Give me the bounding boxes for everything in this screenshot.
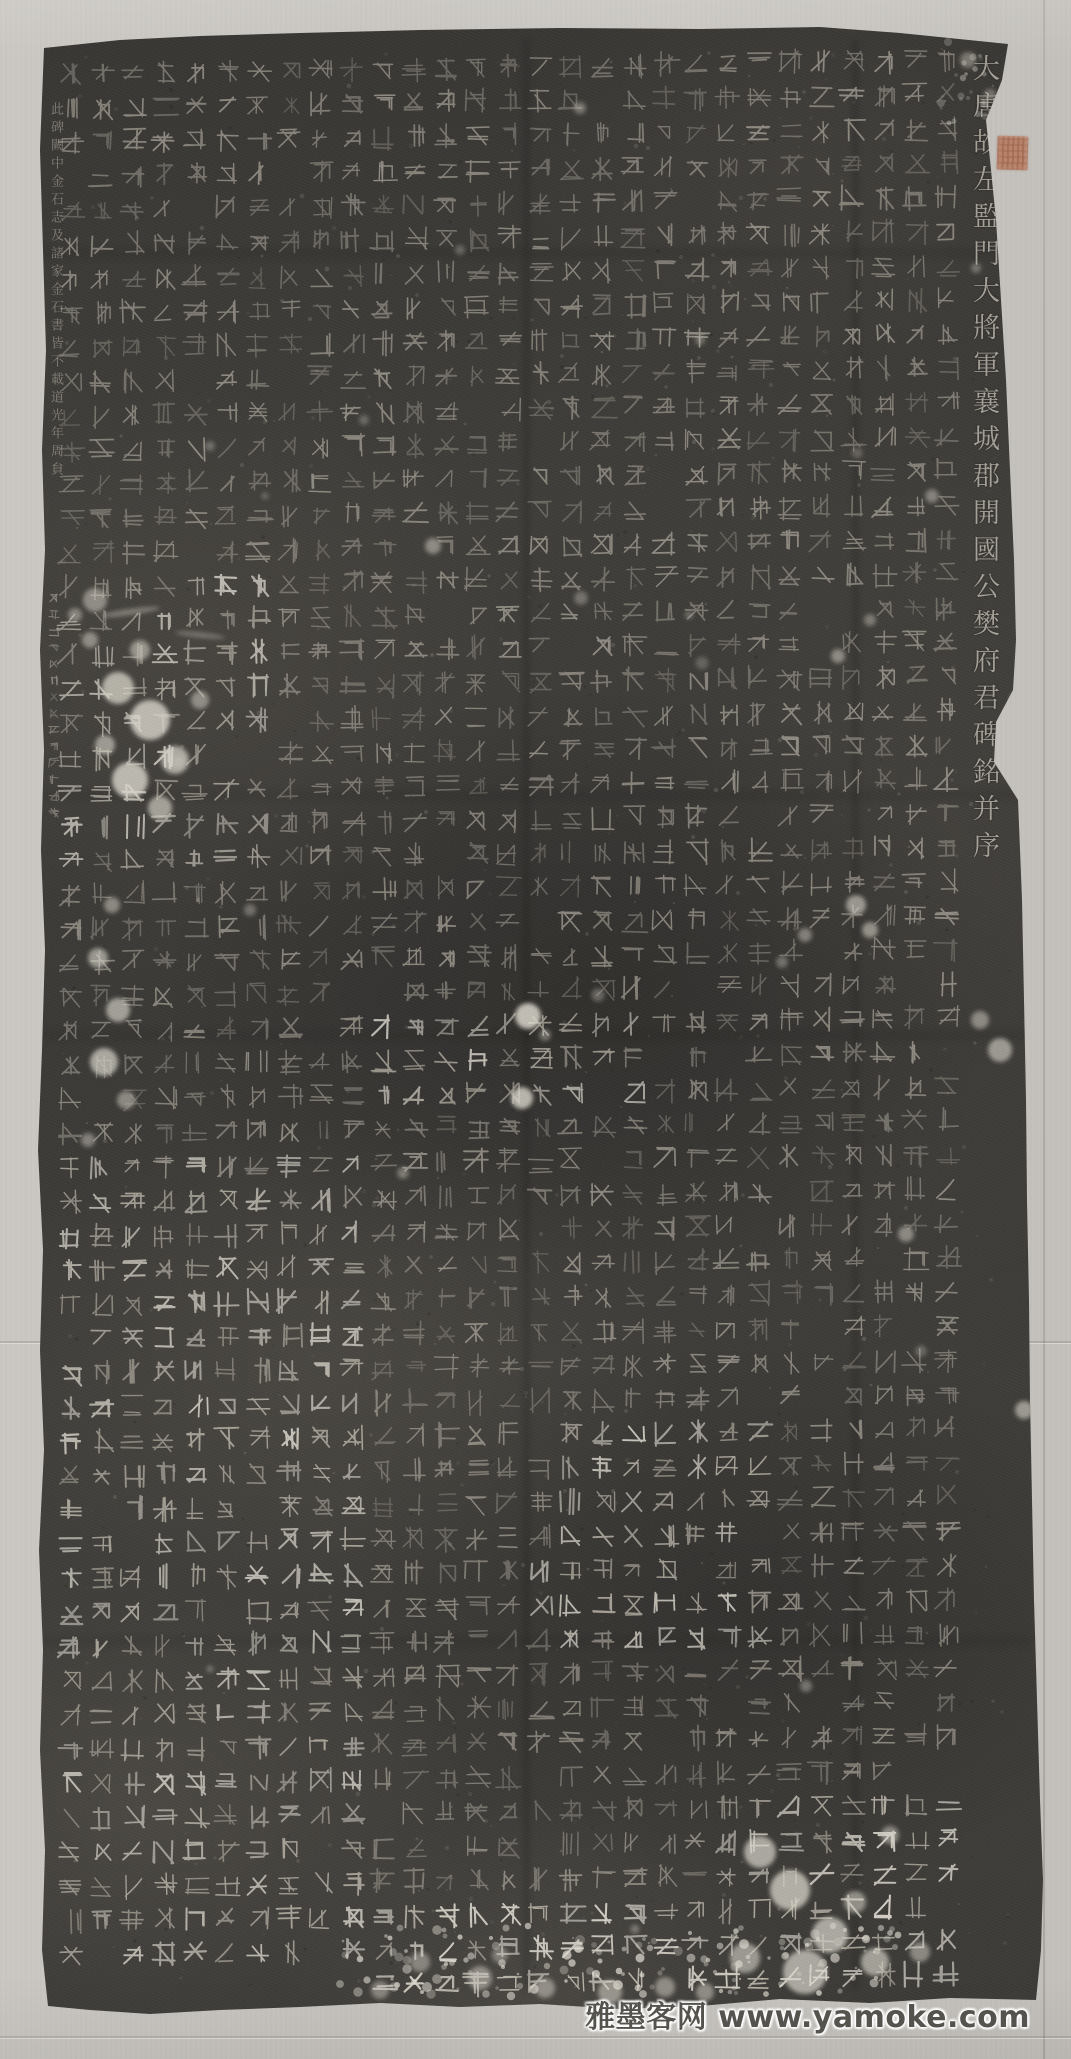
damage-blotches (68, 52, 1033, 2004)
paper-fold-horizontal-2 (0, 2036, 1071, 2038)
ink-speckles (59, 38, 1011, 2000)
crease-vertical-2 (853, 40, 858, 1990)
paper-background: 大唐故左監門大將軍襄城郡開國公樊府君碑銘并序 此碑闕中金石志及諸家金石書皆不載道… (0, 0, 1071, 2059)
collector-annotation-column: 此碑闕中金石志及諸家金石書皆不載道光年周貟 (46, 102, 65, 480)
rubbing-sheet: 大唐故左監門大將軍襄城郡開國公樊府君碑銘并序 此碑闕中金石志及諸家金石書皆不載道… (0, 0, 1071, 2059)
crease-vertical-1 (524, 40, 529, 1990)
site-watermark: 雅墨客网 www.yamoke.com (585, 1992, 1030, 2036)
title-column: 大唐故左監門大將軍襄城郡開國公樊府君碑銘并序 (964, 54, 1003, 868)
collector-seal (997, 136, 1029, 171)
glyph-columns (49, 49, 961, 1996)
crease-horizontal-3 (40, 1032, 1030, 1038)
crease-horizontal-2 (40, 792, 1030, 798)
crease-horizontal-1 (40, 250, 1030, 256)
paper-fold-vertical (1043, 0, 1045, 2059)
engraved-text-texture (0, 0, 1071, 2059)
crease-horizontal-4 (40, 1638, 1030, 1644)
